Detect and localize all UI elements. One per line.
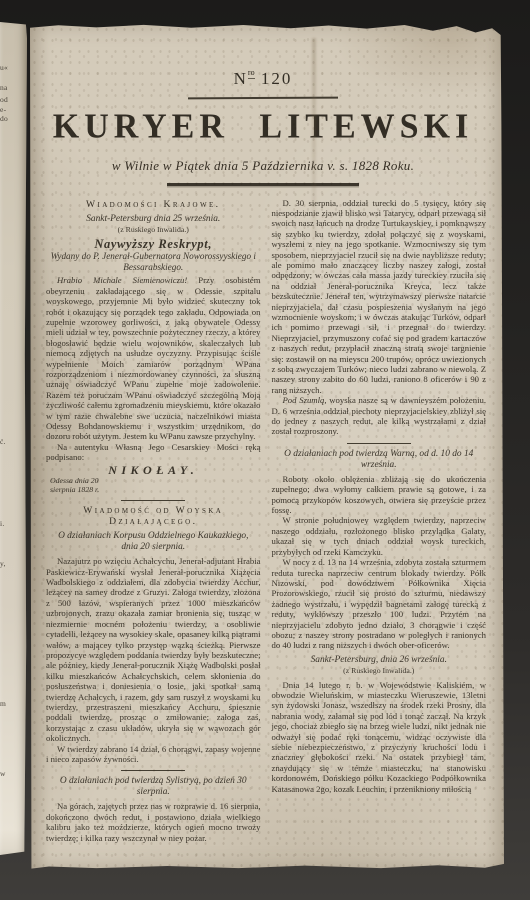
article-paragraph: W nocy z d. 13 na 14 września, zdobyta z… [272, 557, 487, 651]
dateline-petersburg-26: Sankt-Petersburg, dnia 26 września. [272, 655, 487, 665]
cut-text-fragment: y, [0, 560, 6, 568]
article-paragraph: W twierdzy zabrano 14 dział, 6 chorągwi,… [46, 744, 261, 765]
article-columns: Wiadomości Krajowe.Sankt-Petersburg dnia… [30, 186, 504, 844]
cut-text-fragment: w [0, 770, 6, 778]
section-heading-woysko: Wiadomość od Woyska Działającego. [46, 506, 261, 527]
section-heading-wiadomosci-krajowe: Wiadomości Krajowe. [46, 200, 261, 210]
article-paragraph: Dnia 14 lutego r. b. w Wojewódstwie Kali… [272, 680, 487, 794]
cut-text-fragment: na [0, 84, 8, 92]
paragraph-lead: Pod Szumlą, [283, 395, 327, 405]
article-paragraph: Na górach, zajętych przez nas w rozprawi… [46, 801, 261, 843]
article-paragraph: Roboty około oblężenia zbliżają się do u… [272, 474, 487, 516]
masthead-rule-thin [188, 97, 338, 99]
article-heading-kaukaz: O działaniach Korpusu Oddzielnego Kaukaz… [50, 531, 257, 553]
article-paragraph: Pod Szumlą, woyska nasze są w dawnieyszé… [272, 395, 487, 437]
place-date: Odessa dnia 20 sierpnia 1828 r. [50, 476, 114, 494]
article-heading-sylistrya: O działaniach pod twierdzą Sylistryą, po… [50, 776, 257, 798]
paragraph-lead: Hrabio Michale Siemienowiczu! [57, 275, 187, 285]
cut-text-fragment: e- [0, 106, 6, 114]
scanned-newspaper-page: u«naode-doć.i.y,mw Nro 120 KURYER LITEWS… [0, 0, 530, 900]
source-note: (z Ruskiego Inwalida.) [46, 225, 261, 235]
source-note: (z Ruskiego Inwalida.) [272, 666, 487, 676]
cut-text-fragment: do [0, 115, 8, 123]
article-heading-warna: O działaniach pod twierdzą Warną, od d. … [276, 449, 483, 471]
separator-rule [121, 500, 185, 501]
left-column: Wiadomości Krajowe.Sankt-Petersburg dnia… [46, 198, 261, 844]
separator-rule [121, 770, 185, 771]
newspaper-page: Nro 120 KURYER LITEWSKI w Wilnie w Piąte… [30, 24, 504, 869]
imperial-signature: NIKOŁAY. [46, 465, 261, 475]
issue-value: 120 [261, 69, 293, 88]
issue-prefix: N [234, 69, 248, 88]
adjacent-page-edge: u«naode-doć.i.y,mw [0, 22, 27, 855]
newspaper-title: KURYER LITEWSKI [48, 107, 478, 147]
cut-text-fragment: ć. [0, 438, 6, 446]
right-column: D. 30 sierpnia, oddział turecki do 5 tys… [272, 198, 487, 795]
masthead-area: Nro 120 KURYER LITEWSKI w Wilnie w Piąte… [30, 24, 504, 186]
separator-rule [347, 443, 411, 444]
publication-dateline: w Wilnie w Piątek dnia 5 Października v.… [48, 158, 478, 174]
cut-text-fragment: od [0, 96, 8, 104]
cut-text-fragment: m [0, 700, 6, 708]
article-paragraph: W stronie południowey względem twierdzy,… [272, 515, 487, 557]
cut-text-fragment: u« [0, 64, 8, 72]
article-paragraph: Hrabio Michale Siemienowiczu! Przy osobi… [46, 275, 261, 442]
issue-number: Nro 120 [48, 68, 478, 89]
dateline-petersburg-25: Sankt-Petersburg dnia 25 września. [46, 214, 261, 224]
rescript-subtitle: Wydany do P. Jenerał-Gubernatora Noworos… [46, 251, 261, 272]
rescript-title: Naywyższy Reskrypt, [46, 239, 261, 249]
article-paragraph: Na autentyku Własną Jego Cesarskiey Mośc… [46, 442, 261, 463]
article-paragraph: D. 30 sierpnia, oddział turecki do 5 tys… [272, 198, 487, 396]
issue-superscript: ro [248, 68, 255, 79]
cut-text-fragment: i. [0, 520, 5, 528]
article-paragraph: Nazajutrz po wzięciu Achałcychu, Jenerał… [46, 556, 261, 743]
